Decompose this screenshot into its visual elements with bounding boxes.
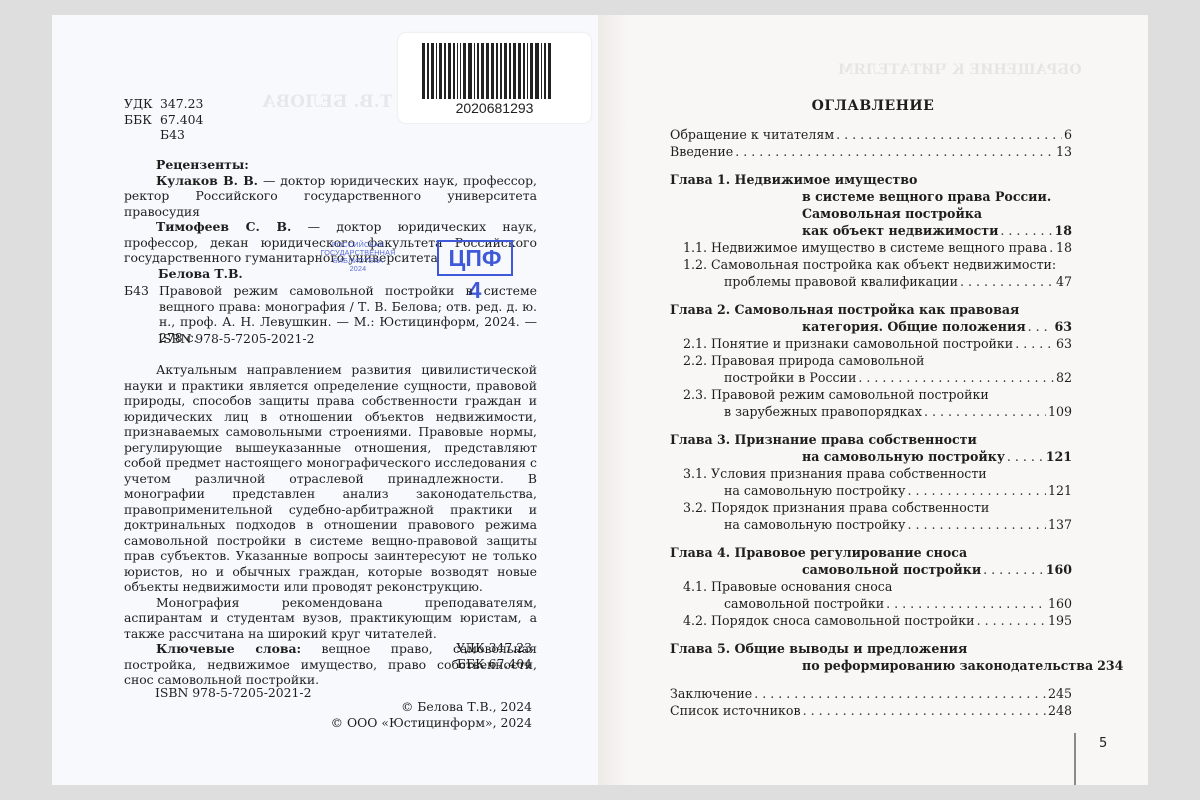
toc-chapter[interactable]: Глава 1. Недвижимое имущество bbox=[670, 171, 1072, 188]
toc-chapter[interactable]: Глава 4. Правовое регулирование сноса bbox=[670, 544, 1072, 561]
barcode-icon bbox=[422, 43, 582, 99]
toc-section[interactable]: 1.1. Недвижимое имущество в системе вещн… bbox=[670, 239, 1072, 256]
toc-section[interactable]: 2.2. Правовая природа самовольной bbox=[670, 352, 1072, 369]
toc-page-number: 63 bbox=[1056, 335, 1072, 352]
toc-entry[interactable]: Обращение к читателям6 bbox=[670, 126, 1072, 143]
toc-page-number: 63 bbox=[1054, 318, 1072, 335]
abstract: Актуальным направлением развития цивилис… bbox=[124, 362, 537, 688]
toc-leader-dots bbox=[907, 482, 1045, 499]
toc-page-number: 121 bbox=[1048, 482, 1072, 499]
cpf-stamp: ЦПФ 4 bbox=[437, 240, 513, 276]
toc-page-number: 6 bbox=[1064, 126, 1072, 143]
toc-page-number: 18 bbox=[1056, 239, 1072, 256]
page-number: 5 bbox=[1099, 736, 1107, 751]
toc-leader-dots bbox=[1015, 335, 1054, 352]
toc-section[interactable]: 3.1. Условия признания права собственнос… bbox=[670, 465, 1072, 482]
toc-page-number: 82 bbox=[1056, 369, 1072, 386]
copyrights: © Белова Т.В., 2024 © ООО «Юстицинформ»,… bbox=[280, 699, 532, 730]
toc-section[interactable]: 1.2. Самовольная постройка как объект не… bbox=[670, 256, 1072, 273]
toc-entry[interactable]: Список источников248 bbox=[670, 702, 1072, 719]
toc-leader-dots bbox=[1028, 318, 1053, 335]
toc-entry[interactable]: Заключение245 bbox=[670, 685, 1072, 702]
table-of-contents: Обращение к читателям6Введение13Глава 1.… bbox=[670, 126, 1072, 719]
toc-page-number: 137 bbox=[1048, 516, 1072, 533]
library-stamp: РОССИЙСКАЯ ГОСУДАРСТВЕННАЯ БИБЛИОТЕКА 20… bbox=[313, 241, 403, 273]
toc-page-number: 47 bbox=[1056, 273, 1072, 290]
barcode-sticker: 2020681293 bbox=[398, 33, 591, 123]
toc-entry[interactable]: Введение13 bbox=[670, 143, 1072, 160]
toc-leader-dots bbox=[977, 612, 1046, 629]
toc-page-number: 160 bbox=[1046, 561, 1072, 578]
toc-leader-dots bbox=[1049, 239, 1054, 256]
toc-chapter[interactable]: в системе вещного права России. bbox=[670, 188, 1072, 205]
toc-page-number: 121 bbox=[1046, 448, 1072, 465]
toc-page-number: 109 bbox=[1048, 403, 1072, 420]
toc-chapter[interactable]: Глава 3. Признание права собственности bbox=[670, 431, 1072, 448]
reviewers-heading: Рецензенты: bbox=[124, 157, 537, 173]
toc-leader-dots bbox=[858, 369, 1054, 386]
toc-chapter[interactable]: на самовольную постройку121 bbox=[670, 448, 1072, 465]
reviewer-item: Кулаков В. В. — доктор юридических наук,… bbox=[124, 173, 537, 220]
toc-section[interactable]: в зарубежных правопорядках109 bbox=[670, 403, 1072, 420]
footer-codes: УДК 347.23 ББК 67.404 bbox=[380, 640, 532, 671]
toc-chapter[interactable]: Глава 5. Общие выводы и предложения bbox=[670, 640, 1072, 657]
isbn: ISBN 978-5-7205-2021-2 bbox=[158, 331, 315, 347]
toc-page-number: 234 bbox=[1097, 657, 1123, 674]
toc-section[interactable]: проблемы правовой квалификации47 bbox=[670, 273, 1072, 290]
toc-section[interactable]: постройки в России82 bbox=[670, 369, 1072, 386]
toc-chapter[interactable]: Самовольная постройка bbox=[670, 205, 1072, 222]
classification-codes: УДК347.23 ББК67.404 Б43 bbox=[124, 96, 203, 143]
toc-chapter[interactable]: как объект недвижимости18 bbox=[670, 222, 1072, 239]
toc-chapter[interactable]: Глава 2. Самовольная постройка как право… bbox=[670, 301, 1072, 318]
toc-leader-dots bbox=[1007, 448, 1044, 465]
abstract-paragraph: Монография рекомендована преподавателям,… bbox=[124, 595, 537, 642]
toc-section[interactable]: 2.1. Понятие и признаки самовольной пост… bbox=[670, 335, 1072, 352]
toc-leader-dots bbox=[754, 685, 1046, 702]
toc-section[interactable]: на самовольную постройку121 bbox=[670, 482, 1072, 499]
toc-leader-dots bbox=[886, 595, 1046, 612]
toc-title: ОГЛАВЛЕНИЕ bbox=[598, 98, 1148, 114]
toc-chapter[interactable]: категория. Общие положения63 bbox=[670, 318, 1072, 335]
toc-page-number: 248 bbox=[1048, 702, 1072, 719]
toc-leader-dots bbox=[735, 143, 1054, 160]
toc-section[interactable]: самовольной постройки160 bbox=[670, 595, 1072, 612]
toc-page-number: 13 bbox=[1056, 143, 1072, 160]
toc-section[interactable]: 3.2. Порядок признания права собственнос… bbox=[670, 499, 1072, 516]
page-number-rule bbox=[1074, 733, 1076, 785]
toc-leader-dots bbox=[907, 516, 1045, 533]
toc-page-number: 245 bbox=[1048, 685, 1072, 702]
toc-chapter[interactable]: самовольной постройки160 bbox=[670, 561, 1072, 578]
toc-section[interactable]: 4.1. Правовые основания сноса bbox=[670, 578, 1072, 595]
bib-author: Белова Т.В. bbox=[158, 266, 243, 282]
toc-leader-dots bbox=[836, 126, 1062, 143]
toc-section[interactable]: 4.2. Порядок сноса самовольной постройки… bbox=[670, 612, 1072, 629]
toc-page-number: 18 bbox=[1054, 222, 1072, 239]
toc-chapter[interactable]: по реформированию законодательства234 bbox=[670, 657, 1072, 674]
toc-leader-dots bbox=[1000, 222, 1052, 239]
toc-leader-dots bbox=[983, 561, 1044, 578]
toc-leader-dots bbox=[960, 273, 1054, 290]
barcode-number: 2020681293 bbox=[398, 100, 591, 116]
toc-page-number: 195 bbox=[1048, 612, 1072, 629]
toc-leader-dots bbox=[924, 403, 1046, 420]
toc-leader-dots bbox=[803, 702, 1046, 719]
toc-section[interactable]: 2.3. Правовой режим самовольной постройк… bbox=[670, 386, 1072, 403]
abstract-paragraph: Актуальным направлением развития цивилис… bbox=[124, 362, 537, 595]
toc-section[interactable]: на самовольную постройку137 bbox=[670, 516, 1072, 533]
toc-page-number: 160 bbox=[1048, 595, 1072, 612]
